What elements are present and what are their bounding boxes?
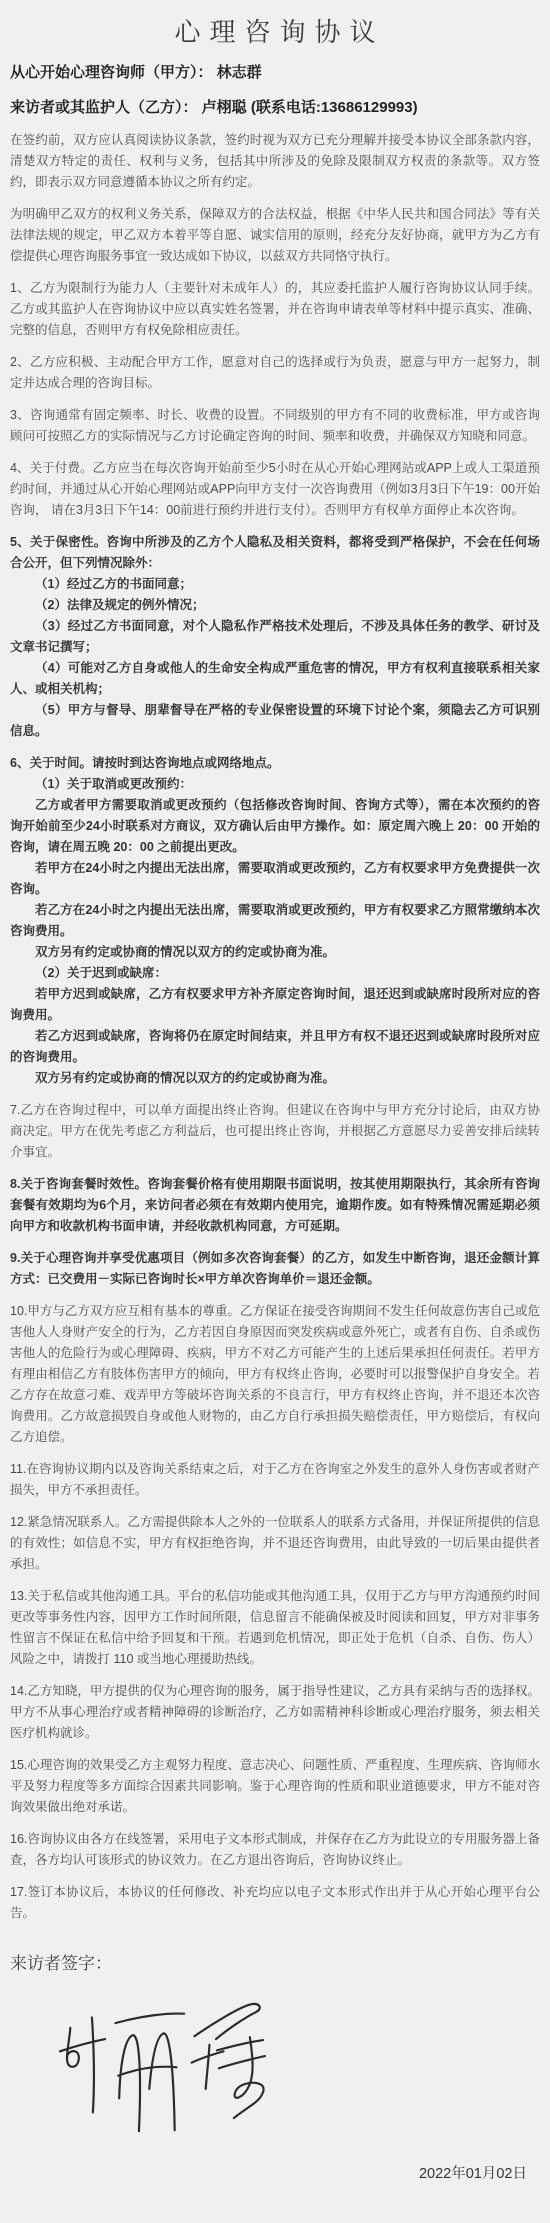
visitor-signature-area — [44, 1992, 540, 2152]
agreement-paragraph: 4、关于付费。乙方应当在每次咨询开始前至少5小时在从心开始心理网站或APP上或人… — [10, 458, 540, 521]
agreement-paragraph: 2、乙方应积极、主动配合甲方工作，愿意对自己的选择或行为负责，愿意与甲方一起努力… — [10, 352, 540, 394]
agreement-paragraph: 若甲方在24小时之内提出无法出席，需要取消或更改预约，乙方有权要求甲方免费提供一… — [10, 858, 540, 900]
agreement-paragraph: 若乙方在24小时之内提出无法出席，需要取消或更改预约，甲方有权要求乙方照常缴纳本… — [10, 900, 540, 942]
signature-date: 2022年01月02日 — [10, 2162, 540, 2183]
agreement-paragraph: 16.咨询协议由各方在线签署，采用电子文本形式制成，并保存在乙方为此设立的专用服… — [10, 1829, 540, 1871]
agreement-paragraph: 若乙方迟到或缺席，咨询将仍在原定时间结束，并且甲方有权不退还迟到或缺席时段所对应… — [10, 1026, 540, 1068]
page-title: 心理咨询协议 — [10, 12, 540, 49]
agreement-paragraph: 8.关于咨询套餐时效性。咨询套餐价格有使用期限书面说明，按其使用期限执行，其余所… — [10, 1174, 540, 1237]
agreement-paragraph: 10.甲方与乙方双方应互相有基本的尊重。乙方保证在接受咨询期间不发生任何故意伤害… — [10, 1301, 540, 1448]
agreement-paragraph: （1）关于取消或更改预约： — [10, 774, 540, 795]
agreement-paragraph: 9.关于心理咨询并享受优惠项目（例如多次咨询套餐）的乙方，如发生中断咨询，退还金… — [10, 1248, 540, 1290]
party-b-line: 来访者或其监护人（乙方）： 卢栩聪 (联系电话:13686129993) — [10, 97, 540, 119]
agreement-paragraphs: 在签约前，双方应认真阅读协议条款，签约时视为双方已充分理解并接受本协议全部条款内… — [10, 130, 540, 1924]
agreement-paragraph: 为明确甲乙双方的权利义务关系，保障双方的合法权益，根据《中华人民共和国合同法》等… — [10, 204, 540, 267]
agreement-paragraph: （5）甲方与督导、朋辈督导在严格的专业保密设置的环境下讨论个案，须隐去乙方可识别… — [10, 700, 540, 742]
handwritten-signature-image — [44, 1992, 279, 2152]
party-a-line: 从心开始心理咨询师（甲方）： 林志群 — [10, 62, 540, 84]
agreement-paragraph: （3）经过乙方书面同意，对个人隐私作严格技术处理后，不涉及具体任务的教学、研讨及… — [10, 616, 540, 658]
agreement-paragraph: 若甲方迟到或缺席，乙方有权要求甲方补齐原定咨询时间，退还迟到或缺席时段所对应的咨… — [10, 984, 540, 1026]
agreement-paragraph: 14.乙方知晓，甲方提供的仅为心理咨询的服务，属于指导性建议，乙方具有采纳与否的… — [10, 1681, 540, 1744]
agreement-paragraph: 12.紧急情况联系人。乙方需提供除本人之外的一位联系人的联系方式备用，并保证所提… — [10, 1512, 540, 1575]
agreement-paragraph: 1、乙方为限制行为能力人（主要针对未成年人）的，其应委托监护人履行咨询协议认同手… — [10, 278, 540, 341]
agreement-paragraph: 在签约前，双方应认真阅读协议条款，签约时视为双方已充分理解并接受本协议全部条款内… — [10, 130, 540, 193]
agreement-paragraph: 双方另有约定或协商的情况以双方的约定或协商为准。 — [10, 1068, 540, 1089]
agreement-paragraph: 乙方或者甲方需要取消或更改预约（包括修改咨询时间、咨询方式等），需在本次预约的咨… — [10, 795, 540, 858]
agreement-paragraph: 3、咨询通常有固定频率、时长、收费的设置。不同级别的甲方有不同的收费标准，甲方或… — [10, 405, 540, 447]
agreement-paragraph: （2）关于迟到或缺席： — [10, 963, 540, 984]
agreement-paragraph: 双方另有约定或协商的情况以双方的约定或协商为准。 — [10, 942, 540, 963]
agreement-paragraph: （1）经过乙方的书面同意； — [10, 574, 540, 595]
agreement-paragraph: （4）可能对乙方自身或他人的生命安全构成严重危害的情况，甲方有权利直接联系相关家… — [10, 658, 540, 700]
agreement-paragraph: （2）法律及规定的例外情况； — [10, 595, 540, 616]
agreement-paragraph: 13.关于私信或其他沟通工具。平台的私信功能或其他沟通工具，仅用于乙方与甲方沟通… — [10, 1586, 540, 1670]
agreement-paragraph: 6、关于时间。请按时到达咨询地点或网络地点。 — [10, 753, 540, 774]
agreement-paragraph: 17.签订本协议后，本协议的任何修改、补充均应以电子文本形式作出并于从心开始心理… — [10, 1882, 540, 1924]
agreement-paragraph: 5、关于保密性。咨询中所涉及的乙方个人隐私及相关资料，都将受到严格保护，不会在任… — [10, 532, 540, 574]
agreement-paragraph: 11.在咨询协议期内以及咨询关系结束之后，对于乙方在咨询室之外发生的意外人身伤害… — [10, 1459, 540, 1501]
visitor-signature-label: 来访者签字： — [10, 1952, 540, 1976]
agreement-paragraph: 7.乙方在咨询过程中，可以单方面提出终止咨询。但建议在咨询中与甲方充分讨论后，由… — [10, 1100, 540, 1163]
agreement-paragraph: 15.心理咨询的效果受乙方主观努力程度、意志决心、问题性质、严重程度、生理疾病、… — [10, 1755, 540, 1818]
agreement-document: 心理咨询协议 从心开始心理咨询师（甲方）： 林志群 来访者或其监护人（乙方）： … — [0, 0, 550, 2223]
